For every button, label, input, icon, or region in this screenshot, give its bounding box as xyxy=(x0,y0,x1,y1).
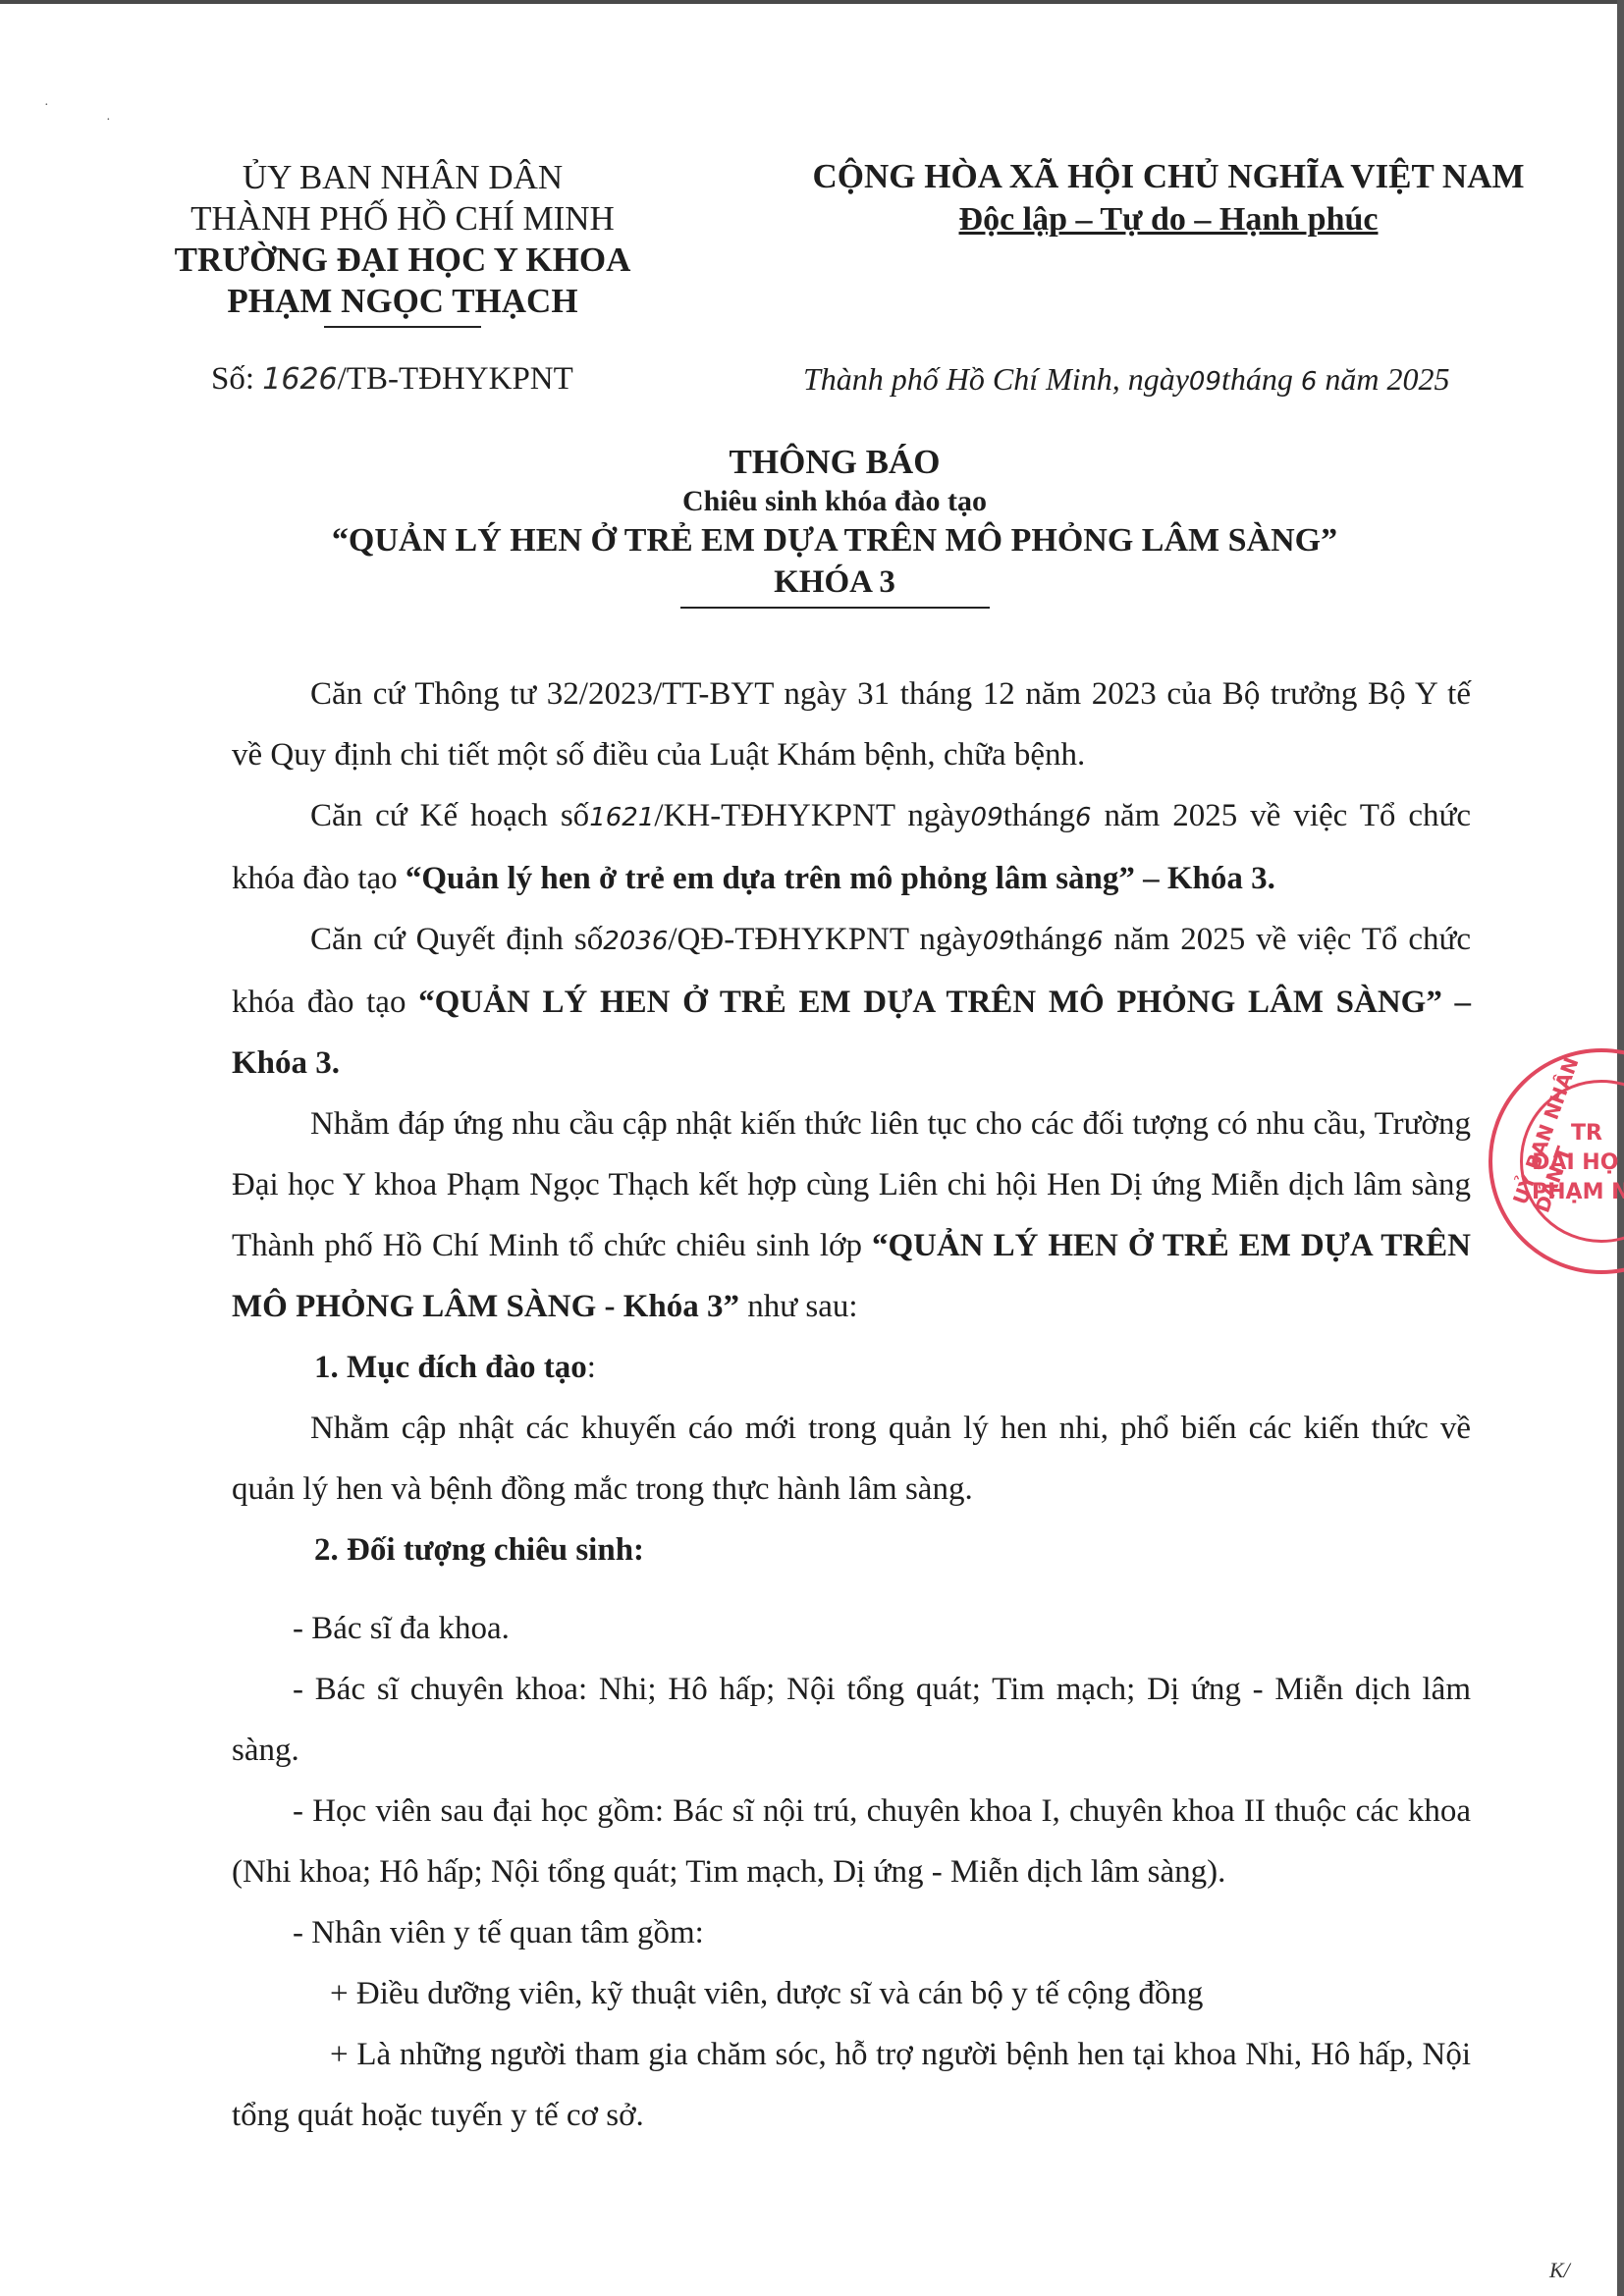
date-month-label: tháng xyxy=(1221,361,1293,397)
document-title: THÔNG BÁO Chiêu sinh khóa đào tạo “QUẢN … xyxy=(196,442,1473,609)
basis-paragraph-1: Căn cứ Thông tư 32/2023/TT-BYT ngày 31 t… xyxy=(232,664,1471,785)
authority-line-2: THÀNH PHỐ HỒ CHÍ MINH xyxy=(157,198,648,240)
handwritten-day: 09 xyxy=(971,803,1003,832)
scan-speck: · xyxy=(44,98,49,114)
purpose-paragraph: Nhằm đáp ứng nhu cầu cập nhật kiến thức … xyxy=(232,1094,1471,1337)
handwritten-number: 2036 xyxy=(603,927,668,956)
list-item: - Nhân viên y tế quan tâm gồm: xyxy=(232,1902,1471,1963)
national-motto: Độc lập – Tự do – Hạnh phúc xyxy=(785,198,1551,241)
section-1-heading: 1. Mục đích đào tạo: xyxy=(232,1337,1471,1398)
handwritten-number: 1621 xyxy=(589,803,654,832)
basis-paragraph-2: Căn cứ Kế hoạch số1621/KH-TĐHYKPNT ngày0… xyxy=(232,785,1471,909)
title-underline xyxy=(680,607,990,609)
number-label: Số: xyxy=(211,361,262,397)
section-1-title: 1. Mục đích đào tạo xyxy=(314,1350,587,1385)
title-subtitle: Chiêu sinh khóa đào tạo xyxy=(196,483,1473,520)
sub-list-item: + Là những người tham gia chăm sóc, hỗ t… xyxy=(232,2024,1471,2146)
text: /KH-TĐHYKPNT ngày xyxy=(654,798,970,833)
seal-center-line: ĐẠI HỌ xyxy=(1532,1150,1618,1175)
date-line: Thành phố Hồ Chí Minh, ngày09tháng 6 năm… xyxy=(803,361,1450,398)
handwritten-month: 6 xyxy=(1087,927,1104,956)
number-suffix: /TB-TĐHYKPNT xyxy=(338,361,573,397)
text: Căn cứ Kế hoạch số xyxy=(310,798,589,833)
list-item: - Bác sĩ chuyên khoa: Nhi; Hô hấp; Nội t… xyxy=(232,1659,1471,1781)
list-item: - Bác sĩ đa khoa. xyxy=(232,1598,1471,1659)
authority-line-4: PHẠM NGỌC THẠCH xyxy=(157,281,648,322)
initials-mark: K/ xyxy=(1549,2258,1570,2283)
text: tháng xyxy=(1003,798,1075,833)
section-1-text: Nhằm cập nhật các khuyến cáo mới trong q… xyxy=(232,1398,1471,1520)
title-type: THÔNG BÁO xyxy=(196,442,1473,483)
course-name-bold: “Quản lý hen ở trẻ em dựa trên mô phỏng … xyxy=(406,861,1275,896)
title-course: “QUẢN LÝ HEN Ở TRẺ EM DỰA TRÊN MÔ PHỎNG … xyxy=(196,520,1473,561)
text: tháng xyxy=(1015,922,1087,957)
colon: : xyxy=(587,1350,596,1385)
basis-paragraph-3: Căn cứ Quyết định số2036/QĐ-TĐHYKPNT ngà… xyxy=(232,909,1471,1094)
document-body: Căn cứ Thông tư 32/2023/TT-BYT ngày 31 t… xyxy=(232,664,1471,2146)
handwritten-day: 09 xyxy=(983,927,1015,956)
issuing-authority: ỦY BAN NHÂN DÂN THÀNH PHỐ HỒ CHÍ MINH TR… xyxy=(157,157,648,328)
authority-line-3: TRƯỜNG ĐẠI HỌC Y KHOA xyxy=(157,240,648,281)
title-session: KHÓA 3 xyxy=(196,561,1473,603)
spacer xyxy=(232,1580,1471,1598)
sub-list-item: + Điều dưỡng viên, kỹ thuật viên, dược s… xyxy=(232,1963,1471,2024)
scan-top-edge xyxy=(0,0,1624,4)
date-day: 09 xyxy=(1189,367,1221,397)
list-item: - Học viên sau đại học gồm: Bác sĩ nội t… xyxy=(232,1781,1471,1902)
authority-underline xyxy=(324,326,481,328)
document-number: Số: 1626/TB-TĐHYKPNT xyxy=(211,361,573,398)
national-header: CỘNG HÒA XÃ HỘI CHỦ NGHĨA VIỆT NAM Độc l… xyxy=(785,155,1551,241)
official-seal-stamp: UỶ BAN NHÂN DÂN T TR ĐẠI HỌ PHẠM N xyxy=(1489,1048,1624,1274)
text: Căn cứ Quyết định số xyxy=(310,922,603,957)
date-year: năm 2025 xyxy=(1325,361,1449,397)
text: /QĐ-TĐHYKPNT ngày xyxy=(668,922,982,957)
number-handwritten: 1626 xyxy=(262,362,337,397)
authority-line-1: ỦY BAN NHÂN DÂN xyxy=(157,157,648,198)
seal-center-line: PHẠM N xyxy=(1532,1180,1624,1204)
country-name: CỘNG HÒA XÃ HỘI CHỦ NGHĨA VIỆT NAM xyxy=(785,155,1551,198)
text: như sau: xyxy=(739,1289,858,1324)
seal-center-line: TR xyxy=(1571,1121,1602,1146)
scan-speck: · xyxy=(106,113,111,129)
date-prefix: Thành phố Hồ Chí Minh, ngày xyxy=(803,361,1189,397)
section-2-heading: 2. Đối tượng chiêu sinh: xyxy=(232,1520,1471,1580)
course-name-bold: “QUẢN LÝ HEN Ở TRẺ EM DỰA TRÊN MÔ PHỎNG … xyxy=(232,985,1471,1081)
handwritten-month: 6 xyxy=(1075,803,1092,832)
date-month: 6 xyxy=(1301,367,1318,397)
